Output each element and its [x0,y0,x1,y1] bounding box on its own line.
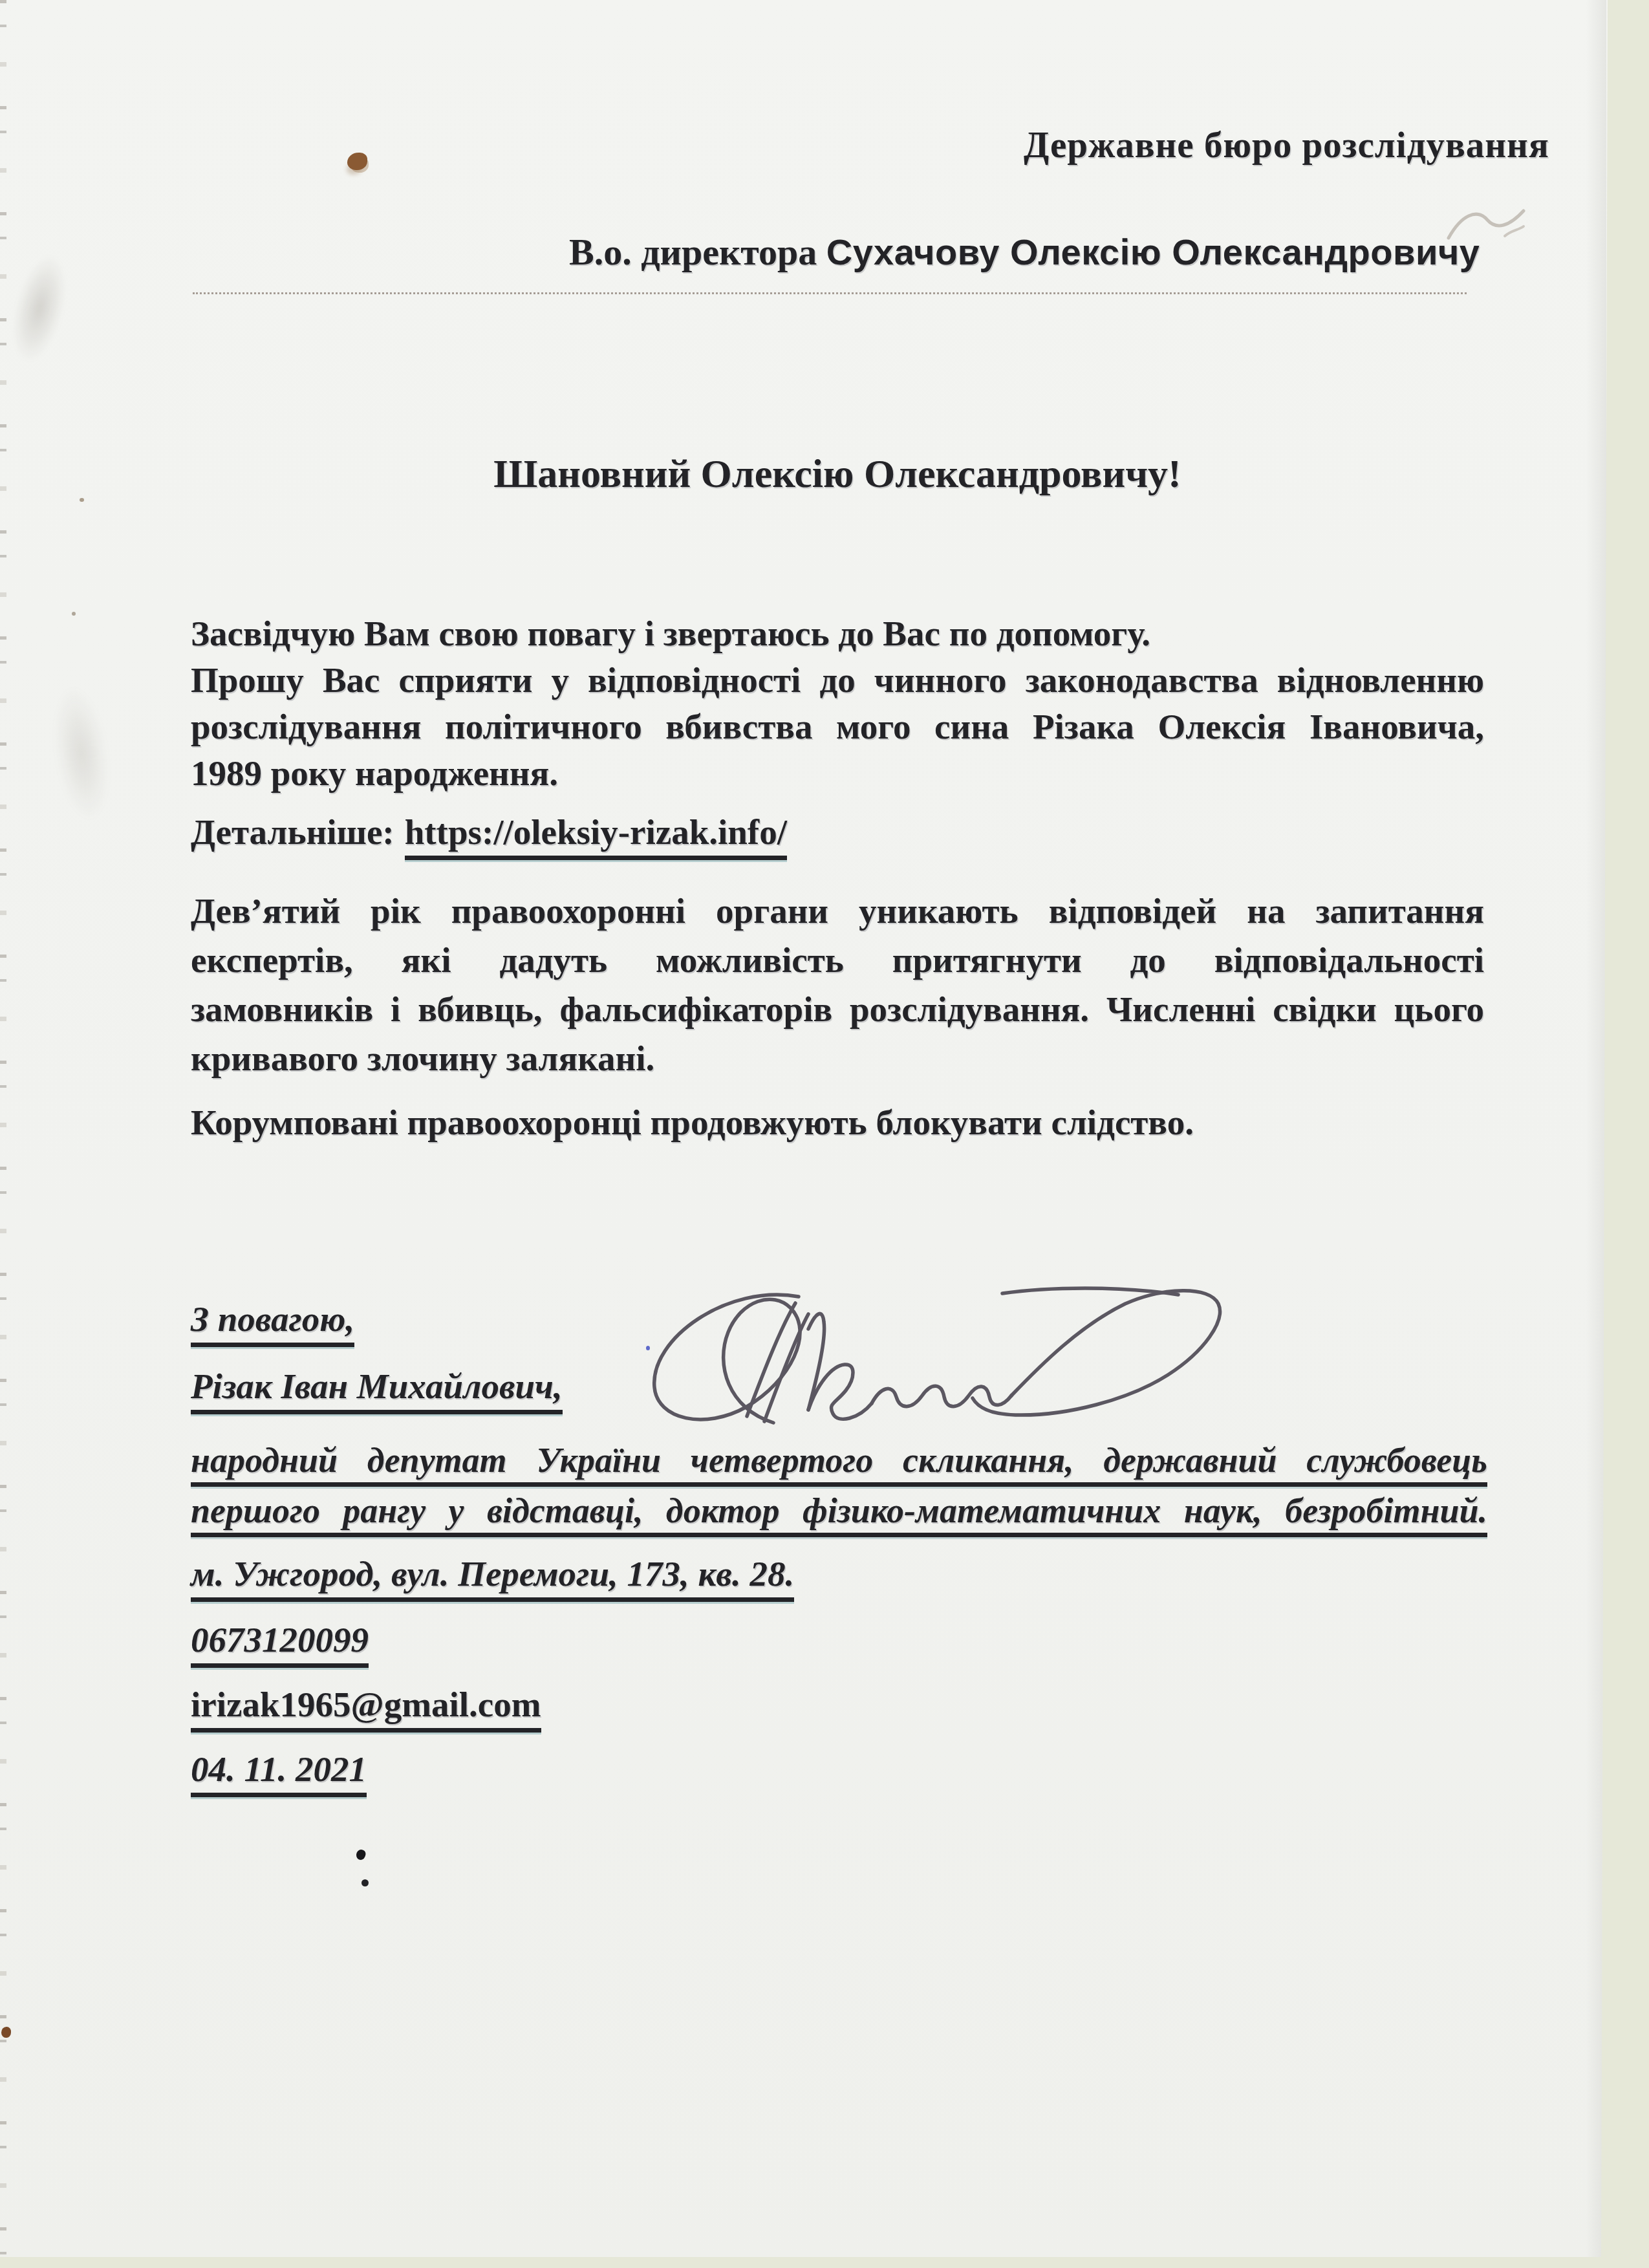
text-line: замовників і вбивць, фальсифікаторів роз… [191,985,1484,1034]
salutation: Шановний Олексію Олександровичу! [191,451,1484,497]
recipient-org-line: Державне бюро розслідування [1024,124,1549,166]
sender-address-text: м. Ужгород, вул. Перемоги, 173, кв. 28. [191,1553,794,1602]
handwritten-signature [614,1261,1235,1442]
paragraph-respect: Засвідчую Вам свою повагу і звертаюсь до… [191,610,1484,657]
paper-edge-shadow [1586,0,1606,2257]
letter-page: Державне бюро розслідування В.о. директо… [0,0,1608,2257]
closing-line: З повагою, [191,1299,354,1347]
text-line: кривавого злочину залякані. [191,1034,1484,1083]
scanner-background: { "colors":{"paper":"#f2f3f0","scanner_b… [0,0,1649,2268]
sender-email-text: irizak1965@gmail.com [191,1684,541,1733]
scan-artifact-dust-speck [72,612,76,616]
text-line: експертів, які дадуть можливість притягн… [191,936,1484,985]
sender-phone: 0673120099 [191,1619,369,1668]
addressee-name: Сухачову Олексію Олександровичу [826,232,1480,272]
closing-text: З повагою, [191,1299,354,1347]
text-line: Прошу Вас сприяти у відповідності до чин… [191,657,1484,704]
divider-dotted-line [193,292,1467,294]
scan-artifact-ink-speck [361,1879,369,1886]
addressee-line: В.о. директора Сухачову Олексію Олександ… [569,230,1480,274]
scan-artifact-smudge [3,250,76,368]
sender-email: irizak1965@gmail.com [191,1684,541,1733]
scan-artifact-brown-speck [347,153,367,170]
paragraph-corrupt-officials: Корумповані правоохоронці продовжують бл… [191,1099,1484,1146]
details-link[interactable]: https://oleksiy-rizak.info/ [405,812,787,860]
paragraph-request: Прошу Вас сприяти у відповідності до чин… [191,657,1484,797]
scan-artifact-dust-speck [80,498,84,502]
text-line: розслідування політичного вбивства мого … [191,704,1484,750]
scan-artifact-ink-speck [355,1848,367,1861]
sender-name: Різак Іван Михайлович, [191,1366,563,1414]
text-line: першого рангу у відставці, доктор фізико… [191,1491,1487,1537]
details-label: Детальніше: [191,812,394,852]
addressee-prefix: В.о. директора [569,231,826,273]
letter-date: 04. 11. 2021 [191,1749,367,1797]
scan-artifact-left-edge-noise [0,0,6,2257]
sender-phone-text: 0673120099 [191,1619,369,1668]
sender-title: народний депутат України четвертого скли… [191,1441,1487,1542]
paragraph-ninth-year: Дев’ятий рік правоохоронні органи уникаю… [191,887,1484,1083]
text-line: народний депутат України четвертого скли… [191,1441,1487,1487]
text-line: Дев’ятий рік правоохоронні органи уникаю… [191,887,1484,936]
letter-date-text: 04. 11. 2021 [191,1749,367,1797]
scan-artifact-brown-speck [1,2027,11,2038]
text-line: 1989 року народження. [191,750,1484,797]
sender-name-text: Різак Іван Михайлович, [191,1366,563,1414]
sender-address: м. Ужгород, вул. Перемоги, 173, кв. 28. [191,1553,794,1602]
scan-artifact-smudge [47,682,116,824]
details-line: Детальніше:https://oleksiy-rizak.info/ [191,812,787,860]
